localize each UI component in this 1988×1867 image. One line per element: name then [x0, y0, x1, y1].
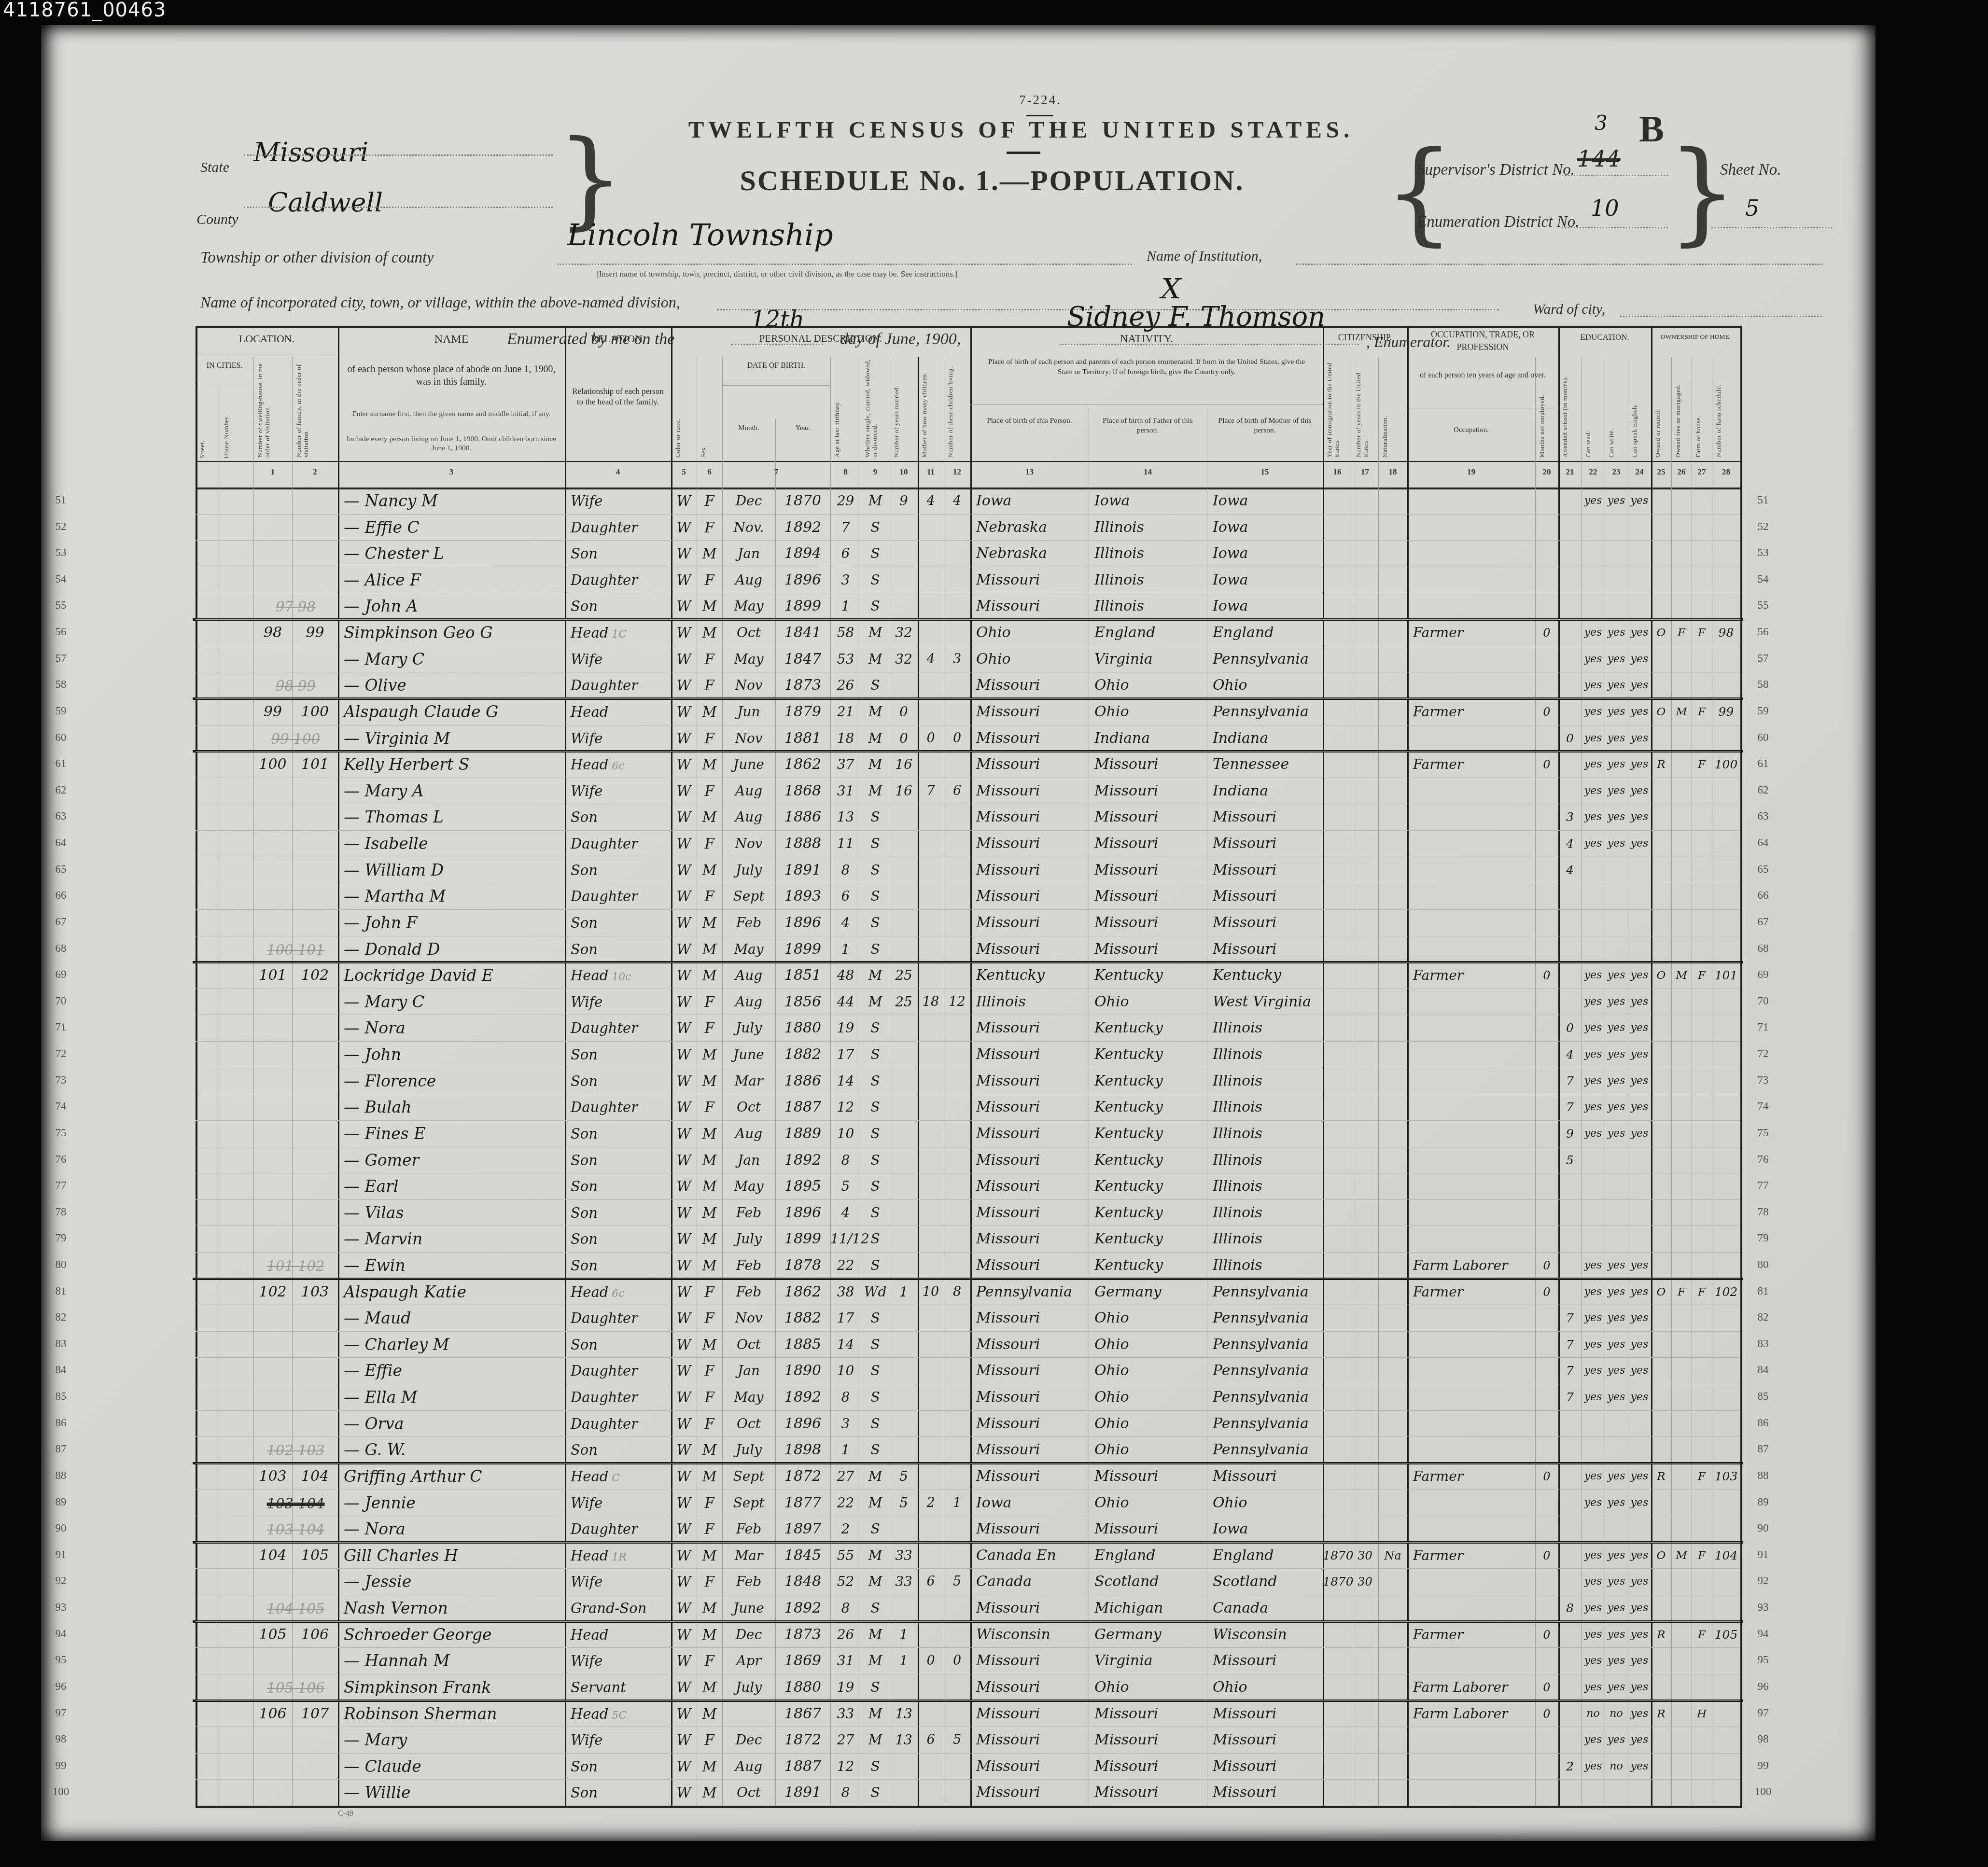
- cell-c: W: [671, 1309, 697, 1328]
- cell-age: 8: [830, 861, 861, 880]
- cell-s: M: [697, 1045, 722, 1065]
- column-label-fa: Number of family, in the order of visita…: [295, 356, 335, 458]
- cell-pm: Illinois: [1207, 1072, 1323, 1091]
- cell-wr: yes: [1605, 729, 1628, 749]
- table-line: [196, 778, 1740, 778]
- table-line: [1712, 357, 1712, 1806]
- cell-pb: Missouri: [970, 1018, 1089, 1038]
- cell-pb: Missouri: [970, 1335, 1089, 1355]
- cell-yr: 1892: [775, 518, 830, 538]
- cell-pm: Illinois: [1207, 1045, 1323, 1065]
- cell-name: Gill Charles H: [338, 1546, 565, 1566]
- column-label-en: Can speak English.: [1631, 356, 1648, 458]
- cell-mo: Feb: [722, 1256, 775, 1276]
- cell-pm: Pennsylvania: [1207, 1309, 1323, 1328]
- cell-mo: Feb: [722, 1203, 775, 1223]
- cell-mo: July: [722, 1018, 775, 1038]
- cell-ym: 13: [890, 1704, 918, 1724]
- cell-mc: 6: [918, 1730, 944, 1750]
- cell-pf: Kentucky: [1089, 1151, 1207, 1170]
- cell-or: O: [1651, 1282, 1671, 1302]
- cell-ms: M: [861, 1546, 890, 1566]
- dotted-line: [558, 264, 1132, 265]
- cell-c: W: [671, 1757, 697, 1777]
- cell-pb: Missouri: [970, 913, 1089, 933]
- cell-age: 7: [830, 518, 861, 538]
- cell-mo: May: [722, 1177, 775, 1197]
- row-number-left: 76: [46, 1153, 76, 1166]
- cell-pf: Kentucky: [1089, 1203, 1207, 1223]
- cell-pm: Iowa: [1207, 1519, 1323, 1539]
- cell-rd: yes: [1582, 729, 1605, 749]
- cell-rd: yes: [1582, 808, 1605, 827]
- cell-pf: Ohio: [1089, 1335, 1207, 1355]
- cell-rd: yes: [1582, 992, 1605, 1012]
- cell-rd: yes: [1582, 491, 1605, 511]
- cell-c: W: [671, 1124, 697, 1144]
- cell-name: — Mary: [338, 1730, 565, 1750]
- cell-rel: Wife: [565, 1651, 671, 1671]
- cell-name: — John: [338, 1045, 565, 1065]
- pencil-note: 6c: [608, 1288, 624, 1300]
- cell-pb: Kentucky: [970, 966, 1089, 986]
- cell-name: Alspaugh Katie: [338, 1282, 565, 1302]
- cell-or: O: [1651, 702, 1671, 722]
- cell-rel: Head 1C: [565, 623, 671, 645]
- row-number-right: 80: [1746, 1258, 1780, 1271]
- cell-name: — Jennie: [338, 1493, 565, 1513]
- cell-rel: Wife: [565, 1572, 671, 1592]
- cell-pm: Pennsylvania: [1207, 702, 1323, 722]
- cell-yr: 1892: [775, 1151, 830, 1170]
- pencil-note: 1C: [608, 628, 627, 641]
- cell-c: W: [671, 1678, 697, 1698]
- cell-fa: 100: [292, 702, 338, 722]
- header-pob-father: Place of birth of Father of this person.: [1093, 416, 1202, 435]
- cell-name: Nash Vernon: [338, 1599, 565, 1618]
- cell-fa: 104: [292, 1467, 338, 1487]
- cell-mn: 0: [1535, 1282, 1558, 1302]
- cell-pf: Ohio: [1089, 1309, 1207, 1328]
- table-line: [196, 619, 1740, 620]
- row-number-left: 64: [46, 836, 76, 849]
- cell-en: yes: [1628, 1045, 1651, 1065]
- cell-pb: Missouri: [970, 1440, 1089, 1460]
- row-number-left: 60: [46, 731, 76, 744]
- cell-sc: 3: [1558, 808, 1582, 827]
- cell-ym: 0: [890, 702, 918, 722]
- column-label-fm: Owned free or mortgaged.: [1674, 356, 1689, 458]
- header-name: NAME: [338, 332, 565, 347]
- cell-ms: S: [861, 571, 890, 590]
- cell-rel: Servant: [565, 1678, 671, 1698]
- cell-mo: May: [722, 597, 775, 616]
- cell-pb: Missouri: [970, 1651, 1089, 1671]
- row-number-left: 88: [46, 1469, 76, 1482]
- cell-yr: 1896: [775, 571, 830, 590]
- cell-ms: S: [861, 808, 890, 827]
- cell-en: yes: [1628, 1599, 1651, 1618]
- cell-pb: Missouri: [970, 1309, 1089, 1328]
- cell-mo: Aug: [722, 992, 775, 1012]
- cell-rel: Daughter: [565, 1361, 671, 1381]
- cell-rd: yes: [1582, 1256, 1605, 1276]
- cell-pf: Missouri: [1089, 861, 1207, 880]
- cell-dw: 102: [253, 1282, 292, 1302]
- census-sheet: 7-224. TWELFTH CENSUS OF THE UNITED STAT…: [41, 25, 1876, 1841]
- cell-s: M: [697, 597, 722, 616]
- cell-rd: yes: [1582, 834, 1605, 854]
- row-number-left: 59: [46, 705, 76, 717]
- ghost-dwelling-family: 99 100: [253, 729, 338, 749]
- cell-pf: Germany: [1089, 1625, 1207, 1645]
- cell-ms: S: [861, 1361, 890, 1381]
- column-label-c: Color or race.: [674, 356, 694, 458]
- cell-name: Simpkinson Frank: [338, 1678, 565, 1698]
- cell-yr: 1873: [775, 676, 830, 696]
- cell-pf: Missouri: [1089, 1519, 1207, 1539]
- table-line: [196, 1806, 1740, 1808]
- cell-pb: Missouri: [970, 1414, 1089, 1434]
- cell-mo: June: [722, 1045, 775, 1065]
- cell-pm: Illinois: [1207, 1203, 1323, 1223]
- cell-pm: West Virginia: [1207, 992, 1323, 1012]
- table-line: [196, 1199, 1740, 1200]
- table-line: [196, 857, 1740, 857]
- cell-mo: Jan: [722, 544, 775, 564]
- cell-pf: Missouri: [1089, 834, 1207, 854]
- cell-pf: Ohio: [1089, 1361, 1207, 1381]
- cell-pb: Ohio: [970, 650, 1089, 669]
- row-number-right: 75: [1746, 1127, 1780, 1139]
- cell-yr: 1856: [775, 992, 830, 1012]
- cell-pb: Missouri: [970, 729, 1089, 749]
- table-line: [196, 883, 1740, 883]
- header-nativity-desc: Place of birth of each person and parent…: [980, 357, 1313, 377]
- cell-pf: Ohio: [1089, 1440, 1207, 1460]
- row-number-left: 54: [46, 573, 76, 585]
- column-number-pf: 14: [1089, 467, 1207, 477]
- row-number-right: 55: [1746, 599, 1780, 612]
- cell-en: yes: [1628, 1651, 1651, 1671]
- cell-rel: Son: [565, 1203, 671, 1223]
- cell-s: M: [697, 1440, 722, 1460]
- cell-or: R: [1651, 1625, 1671, 1645]
- column-number-rd: 22: [1582, 467, 1605, 477]
- cell-mo: Nov: [722, 1309, 775, 1328]
- cell-c: W: [671, 1045, 697, 1065]
- cell-age: 19: [830, 1678, 861, 1698]
- header-personal: PERSONAL DESCRIPTION.: [671, 332, 970, 345]
- cell-yr: 1887: [775, 1757, 830, 1777]
- column-label-sc: Attended school (in months).: [1561, 356, 1579, 458]
- cell-s: F: [697, 834, 722, 854]
- cell-s: M: [697, 1256, 722, 1276]
- cell-or: O: [1651, 1546, 1671, 1566]
- cell-pf: Illinois: [1089, 597, 1207, 616]
- column-number-or: 25: [1651, 467, 1671, 477]
- cell-mo: Sept: [722, 887, 775, 906]
- cell-mc: 6: [918, 1572, 944, 1592]
- column-number-fa: 2: [292, 467, 338, 477]
- supervisors-district-struck-value: 144: [1577, 146, 1621, 172]
- cell-s: F: [697, 729, 722, 749]
- cell-pf: Ohio: [1089, 1678, 1207, 1698]
- cell-pf: Kentucky: [1089, 1045, 1207, 1065]
- cell-age: 1: [830, 1440, 861, 1460]
- cell-c: W: [671, 597, 697, 616]
- cell-dw: 99: [253, 702, 292, 722]
- cell-en: yes: [1628, 1493, 1651, 1513]
- cell-ms: S: [861, 1519, 890, 1539]
- cell-name: — Vilas: [338, 1203, 565, 1223]
- row-number-left: 90: [46, 1522, 76, 1534]
- cell-age: 10: [830, 1124, 861, 1144]
- cell-mo: Jun: [722, 702, 775, 722]
- cell-rd: yes: [1582, 1678, 1605, 1698]
- row-number-left: 68: [46, 942, 76, 955]
- column-number-fh: 27: [1692, 467, 1712, 477]
- cell-rel: Wife: [565, 992, 671, 1012]
- cell-yr: 1862: [775, 1282, 830, 1302]
- cell-pm: Illinois: [1207, 1229, 1323, 1249]
- cell-wr: yes: [1605, 623, 1628, 643]
- table-line: [196, 326, 197, 1808]
- cell-mo: Jan: [722, 1151, 775, 1170]
- cell-sc: 7: [1558, 1309, 1582, 1328]
- row-number-right: 54: [1746, 573, 1780, 585]
- cell-s: M: [697, 1335, 722, 1355]
- cell-name: — Effie: [338, 1361, 565, 1381]
- cell-en: yes: [1628, 1256, 1651, 1276]
- cell-pb: Missouri: [970, 1361, 1089, 1381]
- column-label-na: Naturalization.: [1381, 356, 1404, 458]
- cell-mo: Aug: [722, 808, 775, 827]
- cell-wr: yes: [1605, 491, 1628, 511]
- table-line: [1740, 326, 1742, 1808]
- cell-rd: yes: [1582, 1018, 1605, 1038]
- row-number-right: 88: [1746, 1469, 1780, 1482]
- cell-en: yes: [1628, 808, 1651, 827]
- cell-c: W: [671, 623, 697, 643]
- cell-ms: S: [861, 1072, 890, 1091]
- header-ownership: OWNERSHIP OF HOME.: [1651, 333, 1740, 341]
- cell-age: 38: [830, 1282, 861, 1302]
- cell-occ: Farmer: [1407, 966, 1535, 986]
- cell-pf: Ohio: [1089, 702, 1207, 722]
- pencil-note: 6c: [608, 760, 624, 772]
- form-number: 7-224.: [949, 93, 1132, 108]
- column-number-pb: 13: [970, 467, 1089, 477]
- column-label-dw: Number of dwelling-house, in the order o…: [256, 356, 289, 458]
- column-number-wr: 23: [1605, 467, 1628, 477]
- cell-mo: Feb: [722, 1282, 775, 1302]
- cell-rd: yes: [1582, 1625, 1605, 1645]
- cell-yr: 1872: [775, 1467, 830, 1487]
- cell-pf: Ohio: [1089, 1414, 1207, 1434]
- cell-s: M: [697, 1203, 722, 1223]
- row-number-left: 100: [46, 1785, 76, 1798]
- cell-mo: Oct: [722, 1098, 775, 1117]
- column-label-s: Sex.: [700, 356, 719, 458]
- cell-mo: Nov: [722, 676, 775, 696]
- dotted-line: [1562, 175, 1668, 176]
- cell-yr: 1893: [775, 887, 830, 906]
- cell-name: — Chester L: [338, 544, 565, 564]
- row-number-left: 71: [46, 1021, 76, 1033]
- cell-name: — Mary C: [338, 992, 565, 1012]
- column-number-iy: 16: [1323, 467, 1352, 477]
- cell-age: 58: [830, 623, 861, 643]
- cell-pb: Missouri: [970, 1599, 1089, 1618]
- cell-rel: Daughter: [565, 1098, 671, 1117]
- cell-mo: May: [722, 1388, 775, 1407]
- cell-pf: Illinois: [1089, 544, 1207, 564]
- row-number-left: 97: [46, 1707, 76, 1719]
- column-label-house: House Number.: [223, 389, 251, 459]
- column-label-mn: Months not employed.: [1538, 356, 1555, 458]
- cell-s: F: [697, 571, 722, 590]
- cell-c: W: [671, 861, 697, 880]
- cell-ms: S: [861, 1757, 890, 1777]
- cell-pf: Missouri: [1089, 940, 1207, 960]
- county-label: County: [196, 211, 238, 228]
- cell-or: R: [1651, 1467, 1671, 1487]
- table-line: [196, 593, 1740, 593]
- header-relation-desc: Relationship of each person to the head …: [570, 386, 666, 407]
- cell-rel: Daughter: [565, 571, 671, 590]
- cell-rel: Head: [565, 1625, 671, 1645]
- cell-rel: Son: [565, 1229, 671, 1249]
- cell-en: yes: [1628, 1124, 1651, 1144]
- page-letter: B: [1639, 107, 1664, 151]
- cell-c: W: [671, 913, 697, 933]
- cell-mo: Aug: [722, 781, 775, 801]
- row-number-left: 89: [46, 1496, 76, 1508]
- row-number-right: 51: [1746, 494, 1780, 506]
- table-line: [196, 1384, 1740, 1384]
- cell-cl: 6: [944, 781, 970, 801]
- column-label-street: Street.: [198, 389, 217, 459]
- row-number-left: 51: [46, 494, 76, 506]
- supervisors-district-label: Supervisor's District No.: [1417, 161, 1575, 179]
- cell-fa: 103: [292, 1282, 338, 1302]
- cell-age: 8: [830, 1783, 861, 1803]
- cell-occ: Farmer: [1407, 755, 1535, 775]
- cell-or: R: [1651, 1704, 1671, 1724]
- column-number-s: 6: [697, 467, 722, 477]
- cell-rel: Head 5C: [565, 1704, 671, 1726]
- header-name-note: Enter surname first, then the given name…: [345, 409, 558, 418]
- cell-age: 52: [830, 1572, 861, 1592]
- cell-rel: Head C: [565, 1467, 671, 1489]
- cell-fh: F: [1692, 1282, 1712, 1302]
- cell-rd: yes: [1582, 1098, 1605, 1117]
- cell-pb: Missouri: [970, 1072, 1089, 1091]
- row-number-left: 70: [46, 995, 76, 1007]
- cell-en: yes: [1628, 1098, 1651, 1117]
- row-number-right: 99: [1746, 1759, 1780, 1772]
- cell-en: yes: [1628, 1546, 1651, 1566]
- table-line: [196, 1068, 1740, 1068]
- cell-yr: 1873: [775, 1625, 830, 1645]
- table-line: [196, 698, 1740, 699]
- cell-ms: M: [861, 1572, 890, 1592]
- column-label-iy: Year of immigration to the United States…: [1326, 356, 1349, 458]
- cell-c: W: [671, 755, 697, 775]
- cell-fh: F: [1692, 702, 1712, 722]
- table-line: [196, 326, 1740, 328]
- cell-wr: yes: [1605, 1599, 1628, 1618]
- cell-name: — Hannah M: [338, 1651, 565, 1671]
- row-number-left: 99: [46, 1759, 76, 1772]
- cell-name: — Alice F: [338, 571, 565, 590]
- cell-c: W: [671, 1072, 697, 1091]
- cell-ms: S: [861, 861, 890, 880]
- cell-age: 8: [830, 1599, 861, 1618]
- cell-en: yes: [1628, 1467, 1651, 1487]
- cell-ym: 25: [890, 992, 918, 1012]
- cell-age: 22: [830, 1256, 861, 1276]
- cell-pf: Germany: [1089, 1282, 1207, 1302]
- table-line: [196, 384, 253, 384]
- cell-wr: yes: [1605, 992, 1628, 1012]
- cell-name: — Ewin: [338, 1256, 565, 1276]
- cell-name: — Virginia M: [338, 729, 565, 749]
- cell-yr: 1877: [775, 1493, 830, 1513]
- row-number-right: 58: [1746, 678, 1780, 691]
- ghost-dwelling-family: 97 98: [253, 597, 338, 617]
- cell-name: — G. W.: [338, 1440, 565, 1460]
- column-label-yu: Number of years in the United States.: [1355, 356, 1375, 458]
- cell-ms: S: [861, 1151, 890, 1170]
- cell-mo: Mar: [722, 1072, 775, 1091]
- header-citizenship: CITIZENSHIP.: [1323, 332, 1407, 343]
- cell-age: 1: [830, 940, 861, 960]
- cell-en: yes: [1628, 1282, 1651, 1302]
- row-number-right: 65: [1746, 863, 1780, 876]
- row-number-right: 84: [1746, 1364, 1780, 1376]
- cell-name: Robinson Sherman: [338, 1704, 565, 1724]
- cell-age: 1: [830, 597, 861, 616]
- header-pob-mother: Place of birth of Mother of this person.: [1212, 416, 1318, 435]
- cell-name: — Gomer: [338, 1151, 565, 1170]
- cell-ms: M: [861, 729, 890, 749]
- cell-pm: Indiana: [1207, 729, 1323, 749]
- ghost-dwelling-family: 100 101: [253, 940, 338, 960]
- cell-rel: Son: [565, 1151, 671, 1170]
- row-number-right: 53: [1746, 546, 1780, 559]
- cell-s: M: [697, 808, 722, 827]
- cell-pf: Illinois: [1089, 518, 1207, 538]
- cell-pb: Illinois: [970, 992, 1089, 1012]
- cell-sc: 9: [1558, 1124, 1582, 1144]
- cell-pf: Kentucky: [1089, 1098, 1207, 1117]
- cell-pb: Missouri: [970, 834, 1089, 854]
- header-name-note: Include every person living on June 1, 1…: [345, 434, 558, 453]
- cell-mn: 0: [1535, 1467, 1558, 1487]
- ward-label: Ward of city,: [1533, 301, 1605, 318]
- cell-rel: Daughter: [565, 676, 671, 696]
- table-line: [196, 1252, 1740, 1253]
- cell-en: yes: [1628, 676, 1651, 696]
- row-number-right: 89: [1746, 1496, 1780, 1508]
- cell-s: F: [697, 1493, 722, 1513]
- cell-rel: Son: [565, 808, 671, 827]
- row-number-left: 95: [46, 1654, 76, 1666]
- cell-cl: 12: [944, 992, 970, 1012]
- cell-mo: June: [722, 755, 775, 775]
